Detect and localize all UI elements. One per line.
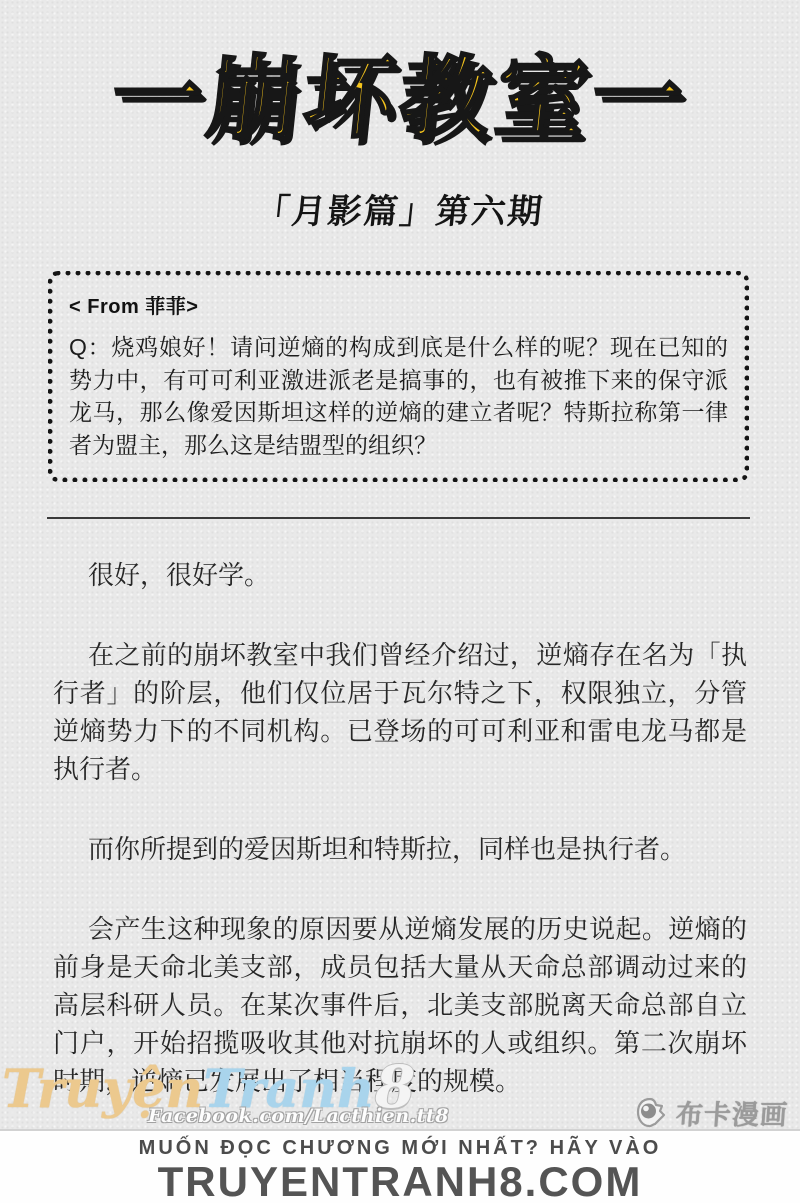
answer-paragraph: 很好，很好学。: [53, 556, 747, 594]
answer-paragraph: 在之前的崩坏教室中我们曾经介绍过，逆熵存在名为「执行者」的阶层，他们仅位居于瓦尔…: [53, 636, 747, 788]
footer-banner: MUỐN ĐỌC CHƯƠNG MỚI NHẤT? HÃY VÀO TRUYEN…: [0, 1133, 800, 1203]
footer-site-url: TRUYENTRANH8.COM: [0, 1160, 800, 1203]
question-text: Q：烧鸡娘好！请问逆熵的构成到底是什么样的呢？现在已知的势力中，有可可利亚激进派…: [69, 331, 728, 461]
page-subtitle: 「月影篇」第六期: [0, 184, 800, 233]
footer-call-to-action: MUỐN ĐỌC CHƯƠNG MỚI NHẤT? HÃY VÀO: [0, 1137, 800, 1160]
question-from-label: < From 菲菲>: [69, 290, 728, 319]
comic-qa-page: 一崩坏教室一 「月影篇」第六期 < From 菲菲> Q：烧鸡娘好！请问逆熵的构…: [0, 0, 800, 1203]
paper-background: 一崩坏教室一 「月影篇」第六期 < From 菲菲> Q：烧鸡娘好！请问逆熵的构…: [0, 0, 800, 1131]
buka-manga-watermark: 布卡漫画: [636, 1093, 788, 1132]
buka-mascot-icon: [636, 1097, 670, 1129]
answer-paragraph: 而你所提到的爱因斯坦和特斯拉，同样也是执行者。: [53, 830, 747, 868]
question-box: < From 菲菲> Q：烧鸡娘好！请问逆熵的构成到底是什么样的呢？现在已知的势…: [48, 271, 749, 482]
facebook-watermark-text: Facebook.com/Lacthien.tt8: [148, 1105, 449, 1127]
buka-logo-text: 布卡漫画: [675, 1093, 790, 1132]
page-title: 一崩坏教室一: [0, 52, 800, 147]
section-divider: [47, 517, 750, 519]
